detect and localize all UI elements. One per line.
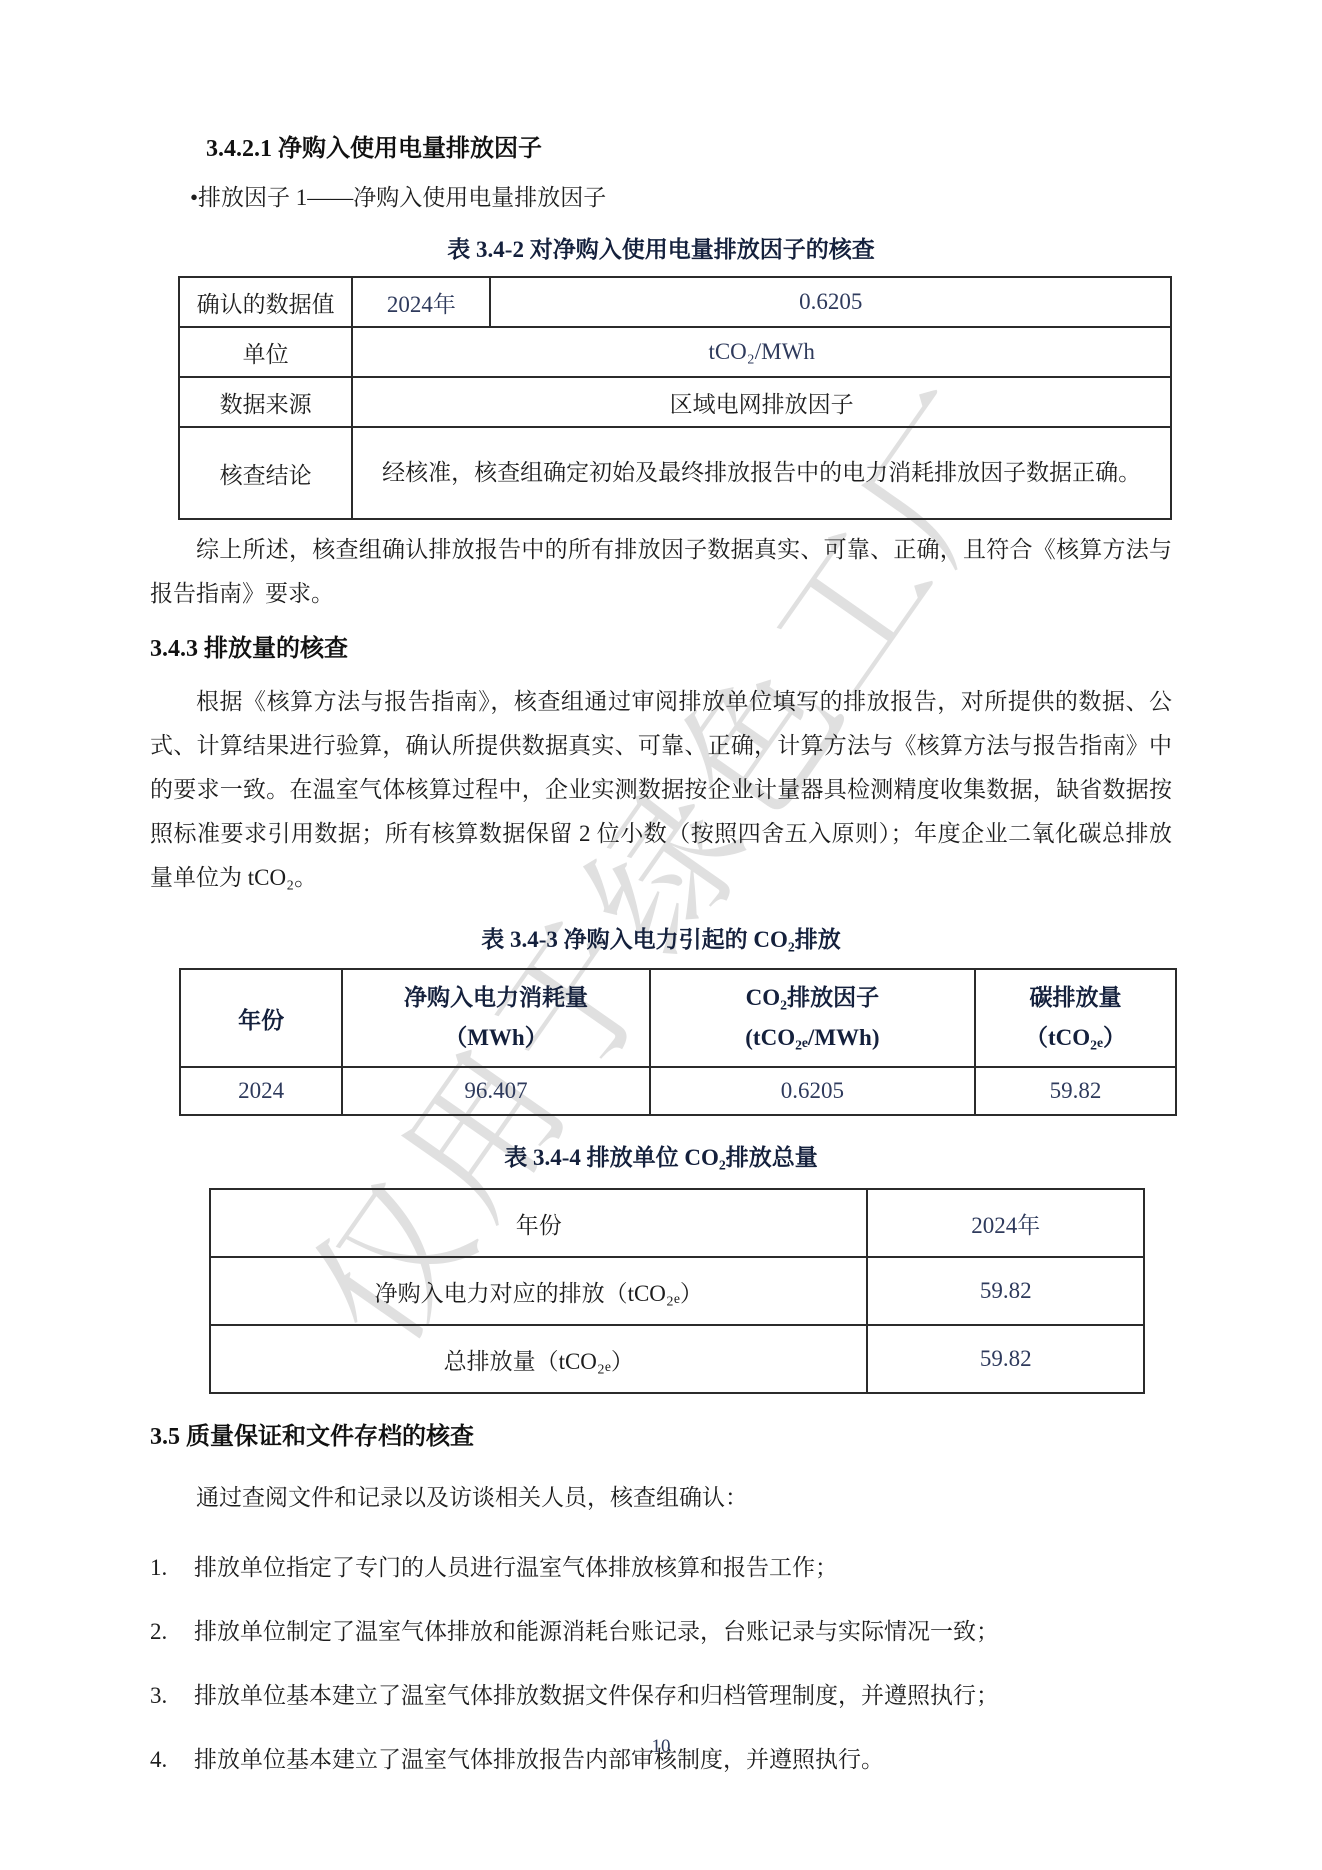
document-page: 仅用于绿色工厂 3.4.2.1 净购入使用电量排放因子 •排放因子 1——净购入…	[0, 0, 1322, 1870]
page-content: 3.4.2.1 净购入使用电量排放因子 •排放因子 1——净购入使用电量排放因子…	[0, 0, 1322, 1776]
table-344-total-co2-emissions: 年份 2024年 净购入电力对应的排放（tCO₂ₑ） 59.82 总排放量（tC…	[209, 1188, 1145, 1394]
cell-net-electricity-emission-value: 59.82	[867, 1257, 1144, 1325]
list-item-number: 3.	[150, 1680, 194, 1712]
cell-total-emission-value: 59.82	[867, 1325, 1144, 1393]
table-row: 核查结论 经核准，核查组确定初始及最终排放报告中的电力消耗排放因子数据正确。	[179, 427, 1171, 519]
cell-year-value: 2024年	[867, 1189, 1144, 1257]
cell-factor: 0.6205	[650, 1067, 975, 1115]
list-item-number: 1.	[150, 1552, 194, 1584]
list-item-number: 2.	[150, 1616, 194, 1648]
heading-3-5: 3.5 质量保证和文件存档的核查	[150, 1420, 1172, 1454]
paragraph-emission-check: 根据《核算方法与报告指南》，核查组通过审阅排放单位填写的排放报告，对所提供的数据…	[150, 680, 1172, 900]
row-label-total-emission: 总排放量（tCO₂ₑ）	[210, 1325, 867, 1393]
table-row: 数据来源 区域电网排放因子	[179, 377, 1171, 427]
cell-year: 2024	[180, 1067, 342, 1115]
row-label-confirmed-value: 确认的数据值	[179, 277, 352, 327]
row-label-conclusion: 核查结论	[179, 427, 352, 519]
list-item: 1. 排放单位指定了专门的人员进行温室气体排放核算和报告工作；	[150, 1552, 1172, 1584]
header-emission-line2: （tCO₂ₑ）	[982, 1018, 1169, 1058]
table-342-net-purchased-electricity-factor-check: 确认的数据值 2024年 0.6205 单位 tCO₂/MWh 数据来源 区域电…	[178, 276, 1172, 520]
list-item-text: 排放单位制定了温室气体排放和能源消耗台账记录，台账记录与实际情况一致；	[194, 1616, 999, 1648]
heading-3-4-3: 3.4.3 排放量的核查	[150, 632, 1172, 666]
header-factor: CO₂排放因子 (tCO₂ₑ/MWh)	[650, 969, 975, 1067]
list-item: 2. 排放单位制定了温室气体排放和能源消耗台账记录，台账记录与实际情况一致；	[150, 1616, 1172, 1648]
table-343-co2-from-net-purchased-electricity: 年份 净购入电力消耗量 （MWh） CO₂排放因子 (tCO₂ₑ/MWh) 碳排…	[179, 968, 1177, 1116]
list-item-text: 排放单位基本建立了温室气体排放数据文件保存和归档管理制度，并遵照执行；	[194, 1680, 999, 1712]
table-row: 确认的数据值 2024年 0.6205	[179, 277, 1171, 327]
header-consumption: 净购入电力消耗量 （MWh）	[342, 969, 649, 1067]
cell-year: 2024年	[352, 277, 490, 327]
row-label-data-source: 数据来源	[179, 377, 352, 427]
row-label-year: 年份	[210, 1189, 867, 1257]
table-row: 总排放量（tCO₂ₑ） 59.82	[210, 1325, 1144, 1393]
header-factor-line2: (tCO₂ₑ/MWh)	[657, 1018, 968, 1058]
row-label-net-electricity-emission: 净购入电力对应的排放（tCO₂ₑ）	[210, 1257, 867, 1325]
header-consumption-line1: 净购入电力消耗量	[349, 978, 642, 1018]
paragraph-factors-summary: 综上所述，核查组确认排放报告中的所有排放因子数据真实、可靠、正确，且符合《核算方…	[150, 528, 1172, 616]
table-343-caption: 表 3.4-3 净购入电力引起的 CO₂排放	[150, 924, 1172, 956]
cell-factor-value: 0.6205	[490, 277, 1171, 327]
header-emission: 碳排放量 （tCO₂ₑ）	[975, 969, 1176, 1067]
header-factor-line1: CO₂排放因子	[657, 978, 968, 1018]
list-item: 3. 排放单位基本建立了温室气体排放数据文件保存和归档管理制度，并遵照执行；	[150, 1680, 1172, 1712]
table-row: 净购入电力对应的排放（tCO₂ₑ） 59.82	[210, 1257, 1144, 1325]
cell-consumption: 96.407	[342, 1067, 649, 1115]
header-year: 年份	[180, 969, 342, 1067]
cell-conclusion-value: 经核准，核查组确定初始及最终排放报告中的电力消耗排放因子数据正确。	[352, 427, 1171, 519]
table-342-caption: 表 3.4-2 对净购入使用电量排放因子的核查	[150, 234, 1172, 266]
table-row: 年份 2024年	[210, 1189, 1144, 1257]
page-number: 10	[0, 1736, 1322, 1758]
header-consumption-line2: （MWh）	[349, 1018, 642, 1058]
list-item-text: 排放单位指定了专门的人员进行温室气体排放核算和报告工作；	[194, 1552, 838, 1584]
cell-data-source-value: 区域电网排放因子	[352, 377, 1171, 427]
table-header-row: 年份 净购入电力消耗量 （MWh） CO₂排放因子 (tCO₂ₑ/MWh) 碳排…	[180, 969, 1176, 1067]
bullet-emission-factor-1: •排放因子 1——净购入使用电量排放因子	[190, 182, 1172, 214]
paragraph-qa-intro: 通过查阅文件和记录以及访谈相关人员，核查组确认：	[150, 1476, 1172, 1520]
table-data-row: 2024 96.407 0.6205 59.82	[180, 1067, 1176, 1115]
row-label-unit: 单位	[179, 327, 352, 377]
header-emission-line1: 碳排放量	[982, 978, 1169, 1018]
table-344-caption: 表 3.4-4 排放单位 CO₂排放总量	[150, 1142, 1172, 1174]
table-row: 单位 tCO₂/MWh	[179, 327, 1171, 377]
heading-3-4-2-1: 3.4.2.1 净购入使用电量排放因子	[206, 132, 1172, 166]
cell-emission: 59.82	[975, 1067, 1176, 1115]
cell-unit-value: tCO₂/MWh	[352, 327, 1171, 377]
